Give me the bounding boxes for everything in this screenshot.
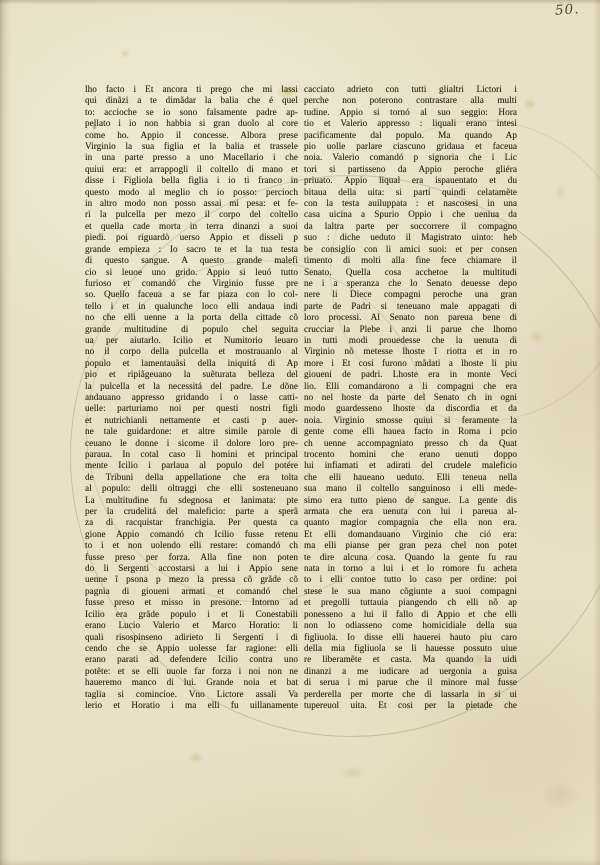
text-line: cacciato adrieto con tutti glialtri Lict… bbox=[304, 84, 517, 95]
text-line: suo : diche ueduto il Magistrato uinto: … bbox=[304, 232, 517, 243]
text-line: taglia si comincioe. Vno Lictore assali … bbox=[85, 689, 298, 700]
text-line: pellato i io non habbia si gran duolo al… bbox=[85, 118, 298, 129]
text-line: rì la pulcella per mezo il corpo del col… bbox=[85, 209, 298, 220]
text-line: pagnia di gioueni armati et comandó chel bbox=[85, 586, 298, 597]
text-line: in altro modo non posso assai mi pesa: e… bbox=[85, 198, 298, 209]
text-line: di serua i mi parue che il minore mal fu… bbox=[304, 677, 517, 688]
text-line: Senato. Quella cosa acchetoe la multitud… bbox=[304, 267, 517, 278]
text-line: grande empieza : Io sacro te et la tua t… bbox=[85, 244, 298, 255]
text-line: La multitudine fu sdegnosa et lanimata: … bbox=[85, 495, 298, 506]
text-line: uelle: parturiamo noi per questi nostri … bbox=[85, 403, 298, 414]
text-line: noia. Virginio smosse quiui si feramente… bbox=[304, 415, 517, 426]
text-line: potẽte: et se elli uuole far forza i noi… bbox=[85, 666, 298, 677]
text-line: lerio et Horatio i ma elli fu uillanamen… bbox=[85, 700, 298, 711]
text-line: timento di molti alla fine fece chiamare… bbox=[304, 255, 517, 266]
text-line: noia. Valerio comandó p signoria che i L… bbox=[304, 152, 517, 163]
text-line: figliuola. Io disse elli hauerei hauto p… bbox=[304, 632, 517, 643]
text-line: sua mano il coltello sanguinoso i elli m… bbox=[304, 483, 517, 494]
text-line: tello i et in qualunche loco elli andaua… bbox=[85, 301, 298, 312]
text-line: questo modo al meglio ch io posso: perci… bbox=[85, 187, 298, 198]
text-line: la pulcella et la necessitá del padre. L… bbox=[85, 381, 298, 392]
text-line: quiui era: et arrappogli il coltello di … bbox=[85, 164, 298, 175]
text-line: tupereuol uita. Et cosi per la pietade c… bbox=[304, 700, 517, 711]
text-line: perderella per morte che di lassarla in … bbox=[304, 689, 517, 700]
text-line: cio si leuoe uno grido. Appio si leuó tu… bbox=[85, 267, 298, 278]
text-column-left: lho facto i Et ancora ti prego che mi la… bbox=[85, 84, 298, 711]
text-column-right: cacciato adrieto con tutti glialtri Lict… bbox=[304, 84, 517, 711]
text-line: grande multitudine di populo chel seguit… bbox=[85, 324, 298, 335]
text-line: gione Appio comandó ch Icilio fusse rete… bbox=[85, 529, 298, 540]
text-line: pacificamente dal populo. Ma quando Ap bbox=[304, 130, 517, 141]
text-line: della mia figliuola se li hauesse possut… bbox=[304, 643, 517, 654]
text-line: piedi. poi riguardò uerso Appio et disse… bbox=[85, 232, 298, 243]
foxing-stain bbox=[340, 766, 366, 780]
text-line: lho facto i Et ancora ti prego che mi la… bbox=[85, 84, 298, 95]
text-line: fusse preso per forza. Alla fine non pot… bbox=[85, 552, 298, 563]
handwritten-folio-number: 50. bbox=[554, 1, 580, 19]
text-line: gioueni de padri. Lhoste era in monte Ve… bbox=[304, 369, 517, 380]
text-line: ua per aiutarlo. Icilio et Numitorio leu… bbox=[85, 335, 298, 346]
text-line: no nel hoste da parte del Senato ch in o… bbox=[304, 392, 517, 403]
text-line: stese le sua mano cõgiunte a suoi compag… bbox=[304, 586, 517, 597]
text-line: re liberamẽte et casta. Ma quando la uid… bbox=[304, 654, 517, 665]
text-line: more i Et cosí furono mãdati a lhoste li… bbox=[304, 358, 517, 369]
text-line: be consiglio con li amici suoi: et per c… bbox=[304, 244, 517, 255]
text-line: qui dinãzi a te dimãdar la balia che é q… bbox=[85, 95, 298, 106]
text-line: Icilio era grãde populo i et li Conestab… bbox=[85, 609, 298, 620]
text-line: priuato. Appio liqual era ispauentato et… bbox=[304, 175, 517, 186]
text-line: cendo che se Appio uolesse far ragione: … bbox=[85, 643, 298, 654]
text-line: loro processi. Al Senato non pareua bene… bbox=[304, 312, 517, 323]
text-block: lho facto i Et ancora ti prego che mi la… bbox=[85, 84, 517, 711]
text-line: mente Icilio i parlaua al populo del pot… bbox=[85, 460, 298, 471]
text-line: quali risospinseno adirieto li Sergenti … bbox=[85, 632, 298, 643]
text-line: in una parte presso a uno Macellario i c… bbox=[85, 152, 298, 163]
text-line: to: accioche se io sono falsamente padre… bbox=[85, 107, 298, 118]
text-line: ceuano le donne i sicome il dolore loro … bbox=[85, 438, 298, 449]
text-line: disse i Figliola bella figlia i io ti fr… bbox=[85, 175, 298, 186]
text-line: armata che era uenuta con lui i pareua a… bbox=[304, 506, 517, 517]
text-line: trocento homini che erano uenuti doppo bbox=[304, 449, 517, 460]
text-line: ch uenne accompagniato presso ch da Quat bbox=[304, 438, 517, 449]
text-line: per la crudelitá del maleficio: parte a … bbox=[85, 506, 298, 517]
text-line: dinanzi a me iudicare ad uergonia a guis… bbox=[304, 666, 517, 677]
text-line: non lo odiasseno come homicidiale della … bbox=[304, 620, 517, 631]
text-line: ne i a speranza che lo Senato deuesse de… bbox=[304, 278, 517, 289]
scanned-book-page: 50. lho facto i Et ancora ti prego che m… bbox=[0, 0, 600, 865]
text-line: no che elli uenne a la porta della citta… bbox=[85, 312, 298, 323]
text-line: in tutti modi prouedesse che la uenuta d… bbox=[304, 335, 517, 346]
text-line: crucciar la Plebe i anzi li parue che lh… bbox=[304, 324, 517, 335]
text-line: et pregolli tuttauia piangendo ch elli n… bbox=[304, 597, 517, 608]
foxing-stain bbox=[523, 98, 537, 110]
text-line: nata in torno a lui i et lo romore fu ac… bbox=[304, 563, 517, 574]
text-line: al populo: delli oltraggi che elli soste… bbox=[85, 483, 298, 494]
text-line: pio et ripiãgeuano la suẽturata belleza … bbox=[85, 369, 298, 380]
text-line: ponesseno a lui il fallo di Appio et che… bbox=[304, 609, 517, 620]
text-line: so. Quello faceua a se far piaza con lo … bbox=[85, 289, 298, 300]
text-line: ma elli pianse per gran peza chel non po… bbox=[304, 540, 517, 551]
text-line: fusse preso et misso in presone. Intorno… bbox=[85, 597, 298, 608]
text-line: bitaua della uita: si partí quindi celat… bbox=[304, 187, 517, 198]
text-line: et quella cade morta in terra dinanzi a … bbox=[85, 221, 298, 232]
foxing-stain bbox=[120, 50, 130, 58]
text-line: simo era tutto pieno de sangue. La gente… bbox=[304, 495, 517, 506]
text-line: tio et Valerio appresso : liquali erano … bbox=[304, 118, 517, 129]
text-line: ne tale guidardone: et altre simile paro… bbox=[85, 426, 298, 437]
text-line: Virginio nõ metesse lhoste ĩ riotta et i… bbox=[304, 346, 517, 357]
foxing-stain bbox=[188, 752, 204, 764]
text-line: tudine. Appio si tornó al suo seggio: Ho… bbox=[304, 107, 517, 118]
text-line: casa uicina a Spurio Oppio i che ueniua … bbox=[304, 209, 517, 220]
text-line: perche non poterono contrastare alla mul… bbox=[304, 95, 517, 106]
text-line: populo et lamentauãsi della iniquitá di … bbox=[85, 358, 298, 369]
text-line: gente come elli hauea facto in Roma i pc… bbox=[304, 426, 517, 437]
text-line: do li Sergenti accostarsi a lui i Appio … bbox=[85, 563, 298, 574]
foxing-stain bbox=[540, 780, 580, 810]
text-line: tori si partisseno da Appio peroche glié… bbox=[304, 164, 517, 175]
text-line: lio. Elli comandarono a li compagni che … bbox=[304, 381, 517, 392]
text-line: che elli haueano ueduto. Elli teneua nel… bbox=[304, 472, 517, 483]
text-line: nere li Diece compagni peroche una gran bbox=[304, 289, 517, 300]
text-line: Virginio la sua figlia et la balia et tr… bbox=[85, 141, 298, 152]
text-line: te dire alcuna cosa. Quando la gente fu … bbox=[304, 552, 517, 563]
text-line: erano parati ad defendere Icilio contra … bbox=[85, 654, 298, 665]
foxing-stain bbox=[528, 330, 546, 344]
text-line: paraua. In cotal caso li homini et princ… bbox=[85, 449, 298, 460]
text-line: da laltra parte per soccorrere il compag… bbox=[304, 221, 517, 232]
text-line: lui infiamati et adirati del crudele mal… bbox=[304, 460, 517, 471]
text-line: come ho. Appio il concesse. Albora prese bbox=[85, 130, 298, 141]
text-line: to i et non uolendo elli restare: comand… bbox=[85, 540, 298, 551]
text-line: de Tribuni della appellatione che era to… bbox=[85, 472, 298, 483]
text-line: to i elli contoe tutto lo caso per ordin… bbox=[304, 574, 517, 585]
text-line: erano Lucio Valerio et Marco Horatio: li bbox=[85, 620, 298, 631]
text-line: Et elli domandauano Virginio che ció era… bbox=[304, 529, 517, 540]
text-line: modo guardesseno lhoste da discordia et … bbox=[304, 403, 517, 414]
text-line: di questo sangue. A questo grande malefi bbox=[85, 255, 298, 266]
text-line: quanto magior compagnia che ella non era… bbox=[304, 517, 517, 528]
text-line: za di racquistar franchigia. Per questa … bbox=[85, 517, 298, 528]
text-line: con la testa auiluppata : et nascosesi i… bbox=[304, 198, 517, 209]
text-line: andauano appresso gridando i o lasse cat… bbox=[85, 392, 298, 403]
text-line: uenne ĩ psona p mezo la pressa cõ grãde … bbox=[85, 574, 298, 585]
text-line: parte de Padri si teneuano male appagati… bbox=[304, 301, 517, 312]
foxing-stain bbox=[555, 180, 567, 204]
text-line: no il corpo della pulcella et mostrauanl… bbox=[85, 346, 298, 357]
text-line: pio uolle parlare ciascuno gridaua et fa… bbox=[304, 141, 517, 152]
text-line: furioso et comandó che Virginio fusse pr… bbox=[85, 278, 298, 289]
text-line: et nutrichianli nettamente et casti p au… bbox=[85, 415, 298, 426]
text-line: haueremo manco di lui. Grande noia et ba… bbox=[85, 677, 298, 688]
